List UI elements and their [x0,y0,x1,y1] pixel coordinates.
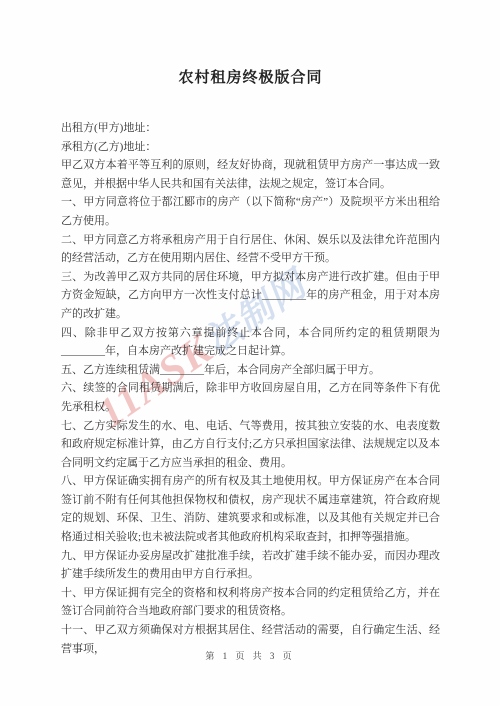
page-indicator: 第 1 页 共 3 页 [205,651,294,661]
contract-clause: 九、甲方保证办妥房屋改扩建批准手续，若改扩建手续不能办妥，而因办理改扩建手续所发… [61,547,440,584]
lessor-address-line: 出租方(甲方)地址： [61,119,440,138]
contract-page: 11ASK法制网 农村租房终极版合同 出租方(甲方)地址： 承租方(乙方)地址：… [0,0,500,706]
contract-clause: 三、为改善甲乙双方共同的居住环境，甲方拟对本房产进行改扩建。但由于甲方资金短缺，… [61,268,440,324]
contract-clause: 六、续签的合同租赁期满后，除非甲方收回房屋自用，乙方在同等条件下有优先承租权。 [61,379,440,416]
contract-content: 农村租房终极版合同 出租方(甲方)地址： 承租方(乙方)地址： 甲乙双方本着平等… [0,0,500,658]
page-footer: 第 1 页 共 3 页 [0,649,500,662]
contract-intro: 甲乙双方本着平等互利的原则，经友好协商，现就租赁甲方房产一事达成一致意见，并根据… [61,156,440,193]
contract-clause: 五、乙方连续租赁满________年后，本合同房产全部归属于甲方。 [61,361,440,380]
contract-clause: 十、甲方保证拥有完全的资格和权利将房产按本合同的约定租赁给乙方，并在签订合同前符… [61,584,440,621]
contract-clause: 二、甲方同意乙方将承租房产用于自行居住、休闲、娱乐以及法律允许范围内的经营活动，… [61,231,440,268]
contract-clause: 八、甲方保证确实拥有房产的所有权及其土地使用权。甲方保证房产在本合同签订前不附有… [61,472,440,546]
contract-title: 农村租房终极版合同 [61,66,440,87]
contract-clause: 一、甲方同意将位于都江郾市的房产（以下简称“房产”）及院坝平方米出租给乙方使用。 [61,193,440,230]
contract-clause: 四、除非甲乙双方按第六章提前终止本合同，本合同所约定的租赁期限为________… [61,324,440,361]
lessee-address-line: 承租方(乙方)地址： [61,138,440,157]
contract-clause: 七、乙方实际发生的水、电、电话、气等费用，按其独立安装的水、电表度数和政府规定标… [61,417,440,473]
clause-list: 一、甲方同意将位于都江郾市的房产（以下简称“房产”）及院坝平方米出租给乙方使用。… [61,193,440,658]
